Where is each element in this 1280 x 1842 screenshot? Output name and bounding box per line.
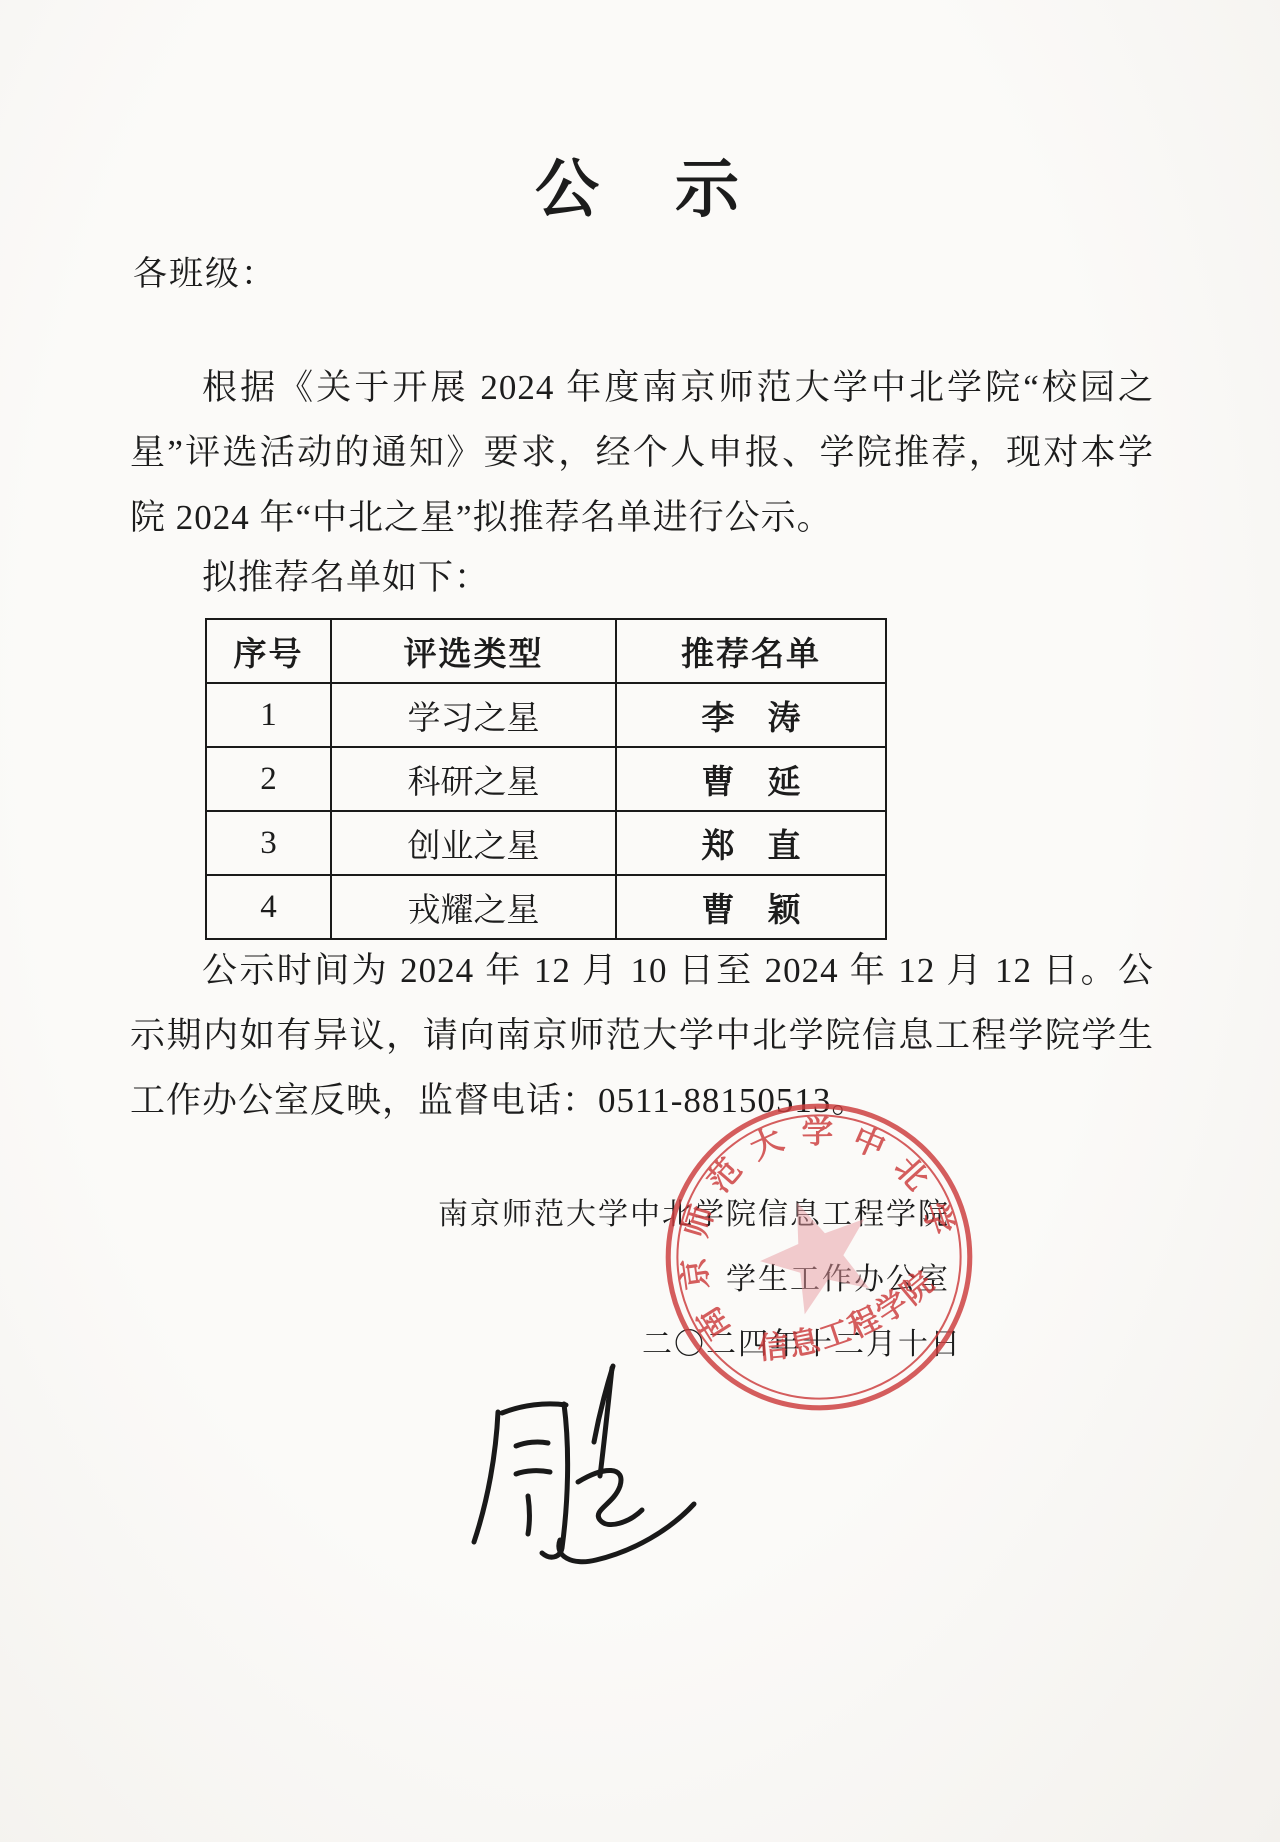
signature-stroke (528, 1496, 530, 1534)
intro-paragraph: 根据《关于开展 2024 年度南京师范大学中北学院“校园之星”评选活动的通知》要… (130, 355, 1154, 550)
signature-stroke (516, 1471, 550, 1474)
document-title: 公 示 (0, 138, 1280, 230)
handwritten-signature (462, 1358, 702, 1583)
cell-no: 3 (206, 811, 331, 875)
recommendation-table: 序号 评选类型 推荐名单 1 学习之星 李 涛 2 科研之星 曹 延 3 创业之… (205, 618, 887, 940)
signature-stroke (559, 1504, 694, 1562)
col-header-no: 序号 (206, 619, 331, 683)
signature-stroke (474, 1412, 498, 1542)
cell-no: 2 (206, 747, 331, 811)
cell-type: 学习之星 (331, 683, 616, 747)
table-row: 3 创业之星 郑 直 (206, 811, 886, 875)
signature-stroke (516, 1442, 548, 1446)
list-intro-line: 拟推荐名单如下： (130, 545, 1154, 610)
cell-name: 曹 延 (616, 747, 886, 811)
col-header-name: 推荐名单 (616, 619, 886, 683)
cell-name: 李 涛 (616, 683, 886, 747)
table-row: 4 戎耀之星 曹 颖 (206, 875, 886, 939)
signature-stroke (502, 1404, 566, 1413)
cell-no: 4 (206, 875, 331, 939)
cell-type: 科研之星 (331, 747, 616, 811)
signature-stroke (578, 1470, 642, 1524)
star-icon (745, 1181, 889, 1322)
cell-name: 曹 颖 (616, 875, 886, 939)
closing-paragraph: 公示时间为 2024 年 12 月 10 日至 2024 年 12 月 12 日… (130, 938, 1154, 1133)
table-header-row: 序号 评选类型 推荐名单 (206, 619, 886, 683)
notice-document-page: 公 示 各班级： 根据《关于开展 2024 年度南京师范大学中北学院“校园之星”… (0, 0, 1280, 1842)
official-seal-stamp: 南京师范大学中北学院 信息工程学院 (656, 1094, 982, 1420)
table-row: 2 科研之星 曹 延 (206, 747, 886, 811)
salutation: 各班级： (133, 246, 277, 295)
cell-type: 创业之星 (331, 811, 616, 875)
cell-no: 1 (206, 683, 331, 747)
table-row: 1 学习之星 李 涛 (206, 683, 886, 747)
col-header-type: 评选类型 (331, 619, 616, 683)
cell-type: 戎耀之星 (331, 875, 616, 939)
cell-name: 郑 直 (616, 811, 886, 875)
signature-stroke (542, 1404, 568, 1557)
